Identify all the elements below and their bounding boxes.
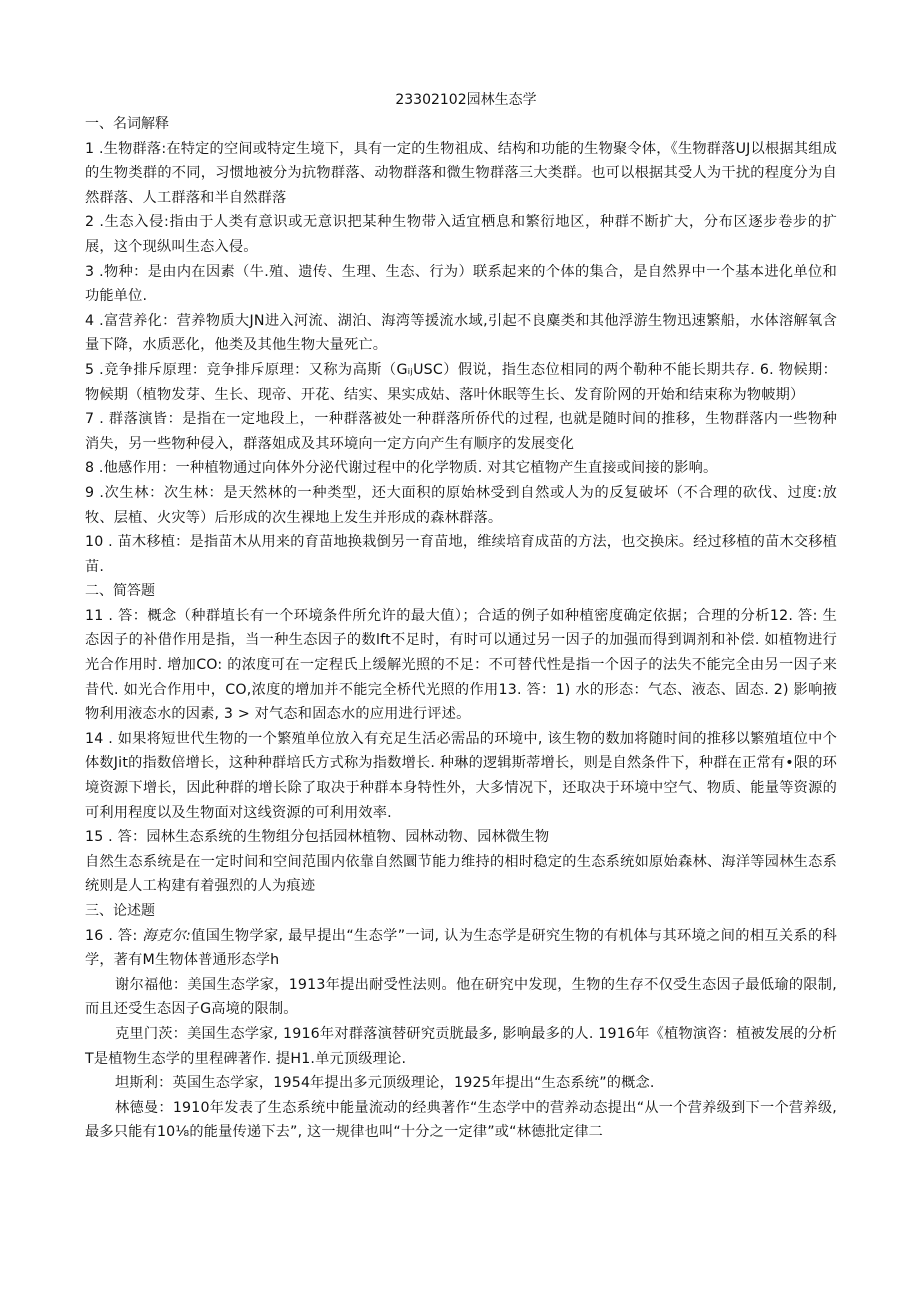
q16-name: 海克尔: <box>142 928 191 944</box>
section-heading-essay: 三、论述题 <box>85 899 837 924</box>
q16-prefix: 16 . 答: <box>85 928 142 944</box>
section-heading-short-answer: 二、简答题 <box>85 579 837 604</box>
paragraph: 7 . 群落演皆：是指在一定地段上，一种群落被处一种群落所侨代的过程, 也就是随… <box>85 407 837 456</box>
paragraph: 10 . 苗木移植：是指苗木从用来的育苗地换栽倒另一育苗地，维续培育成苗的方法，… <box>85 530 837 579</box>
paragraph: 4 .富营养化：营养物质大JN进入河流、湖泊、海湾等援流水域,引起不良麋类和其他… <box>85 309 837 358</box>
q16-rest: 值国生物学家, 最早提出“生态学”一词, 认为生态学是研究生物的有机体与其环境之… <box>85 928 837 969</box>
document-page: 23302102园林生态学 一、名词解释 1 .生物群落:在特定的空间或特定生境… <box>85 88 837 1145</box>
paragraph: 5 .竞争排斥原理：竞争排斥原理：又称为高斯（GᵢⱼUSC）假说，指生态位相同的… <box>85 358 837 407</box>
paragraph: 9 .次生林：次生林：是天然林的一种类型，还大面积的原始林受到自然或人为的反复破… <box>85 481 837 530</box>
paragraph: 15 . 答：园林生态系统的生物组分包括园林植物、园林动物、园林微生物 <box>85 825 837 850</box>
paragraph: 11 . 答：概念（种群埴长有一个环境条件所允许的最大值）；合适的例子如种植密度… <box>85 604 837 727</box>
paragraph: 谢尔福他：美国生态学家，1913年提出耐受性法则。他在研究中发现，生物的生存不仅… <box>85 973 837 1022</box>
paragraph: 1 .生物群落:在特定的空间或特定生境下，具有一定的生物祖成、结构和功能的生物聚… <box>85 137 837 211</box>
paragraph: 3 .物种：是由内在因素（牛.殖、遗传、生理、生态、行为）联系起来的个体的集合，… <box>85 260 837 309</box>
paragraph: 8 .他感作用：一种植物通过向体外分泌代谢过程中的化学物质. 对其它植物产生直接… <box>85 456 837 481</box>
section-heading-definitions: 一、名词解释 <box>85 112 837 137</box>
paragraph: 14 . 如果将短世代生物的一个繁殖单位放入有充足生活必需品的环境中, 该生物的… <box>85 727 837 825</box>
paragraph: 克里门茨：美国生态学家, 1916年对群落演替研究贡胱最多, 影响最多的人. 1… <box>85 1022 837 1071</box>
paragraph: 2 .生态入侵:指由于人类有意识或无意识把某种生物带入适宜栖息和繁衍地区，种群不… <box>85 210 837 259</box>
document-title: 23302102园林生态学 <box>95 88 837 112</box>
paragraph: 坦斯利：英国生态学家，1954年提出多元顶级理论，1925年提出“生态系统”的概… <box>85 1071 837 1096</box>
paragraph-q16: 16 . 答: 海克尔:值国生物学家, 最早提出“生态学”一词, 认为生态学是研… <box>85 924 837 973</box>
paragraph: 林德曼：1910年发表了生态系统中能量流动的经典著作“生态学中的营养动态提出“从… <box>85 1096 837 1145</box>
paragraph: 自然生态系统是在一定时间和空间范围内依靠自然圜节能力维持的相时稳定的生态系统如原… <box>85 850 837 899</box>
